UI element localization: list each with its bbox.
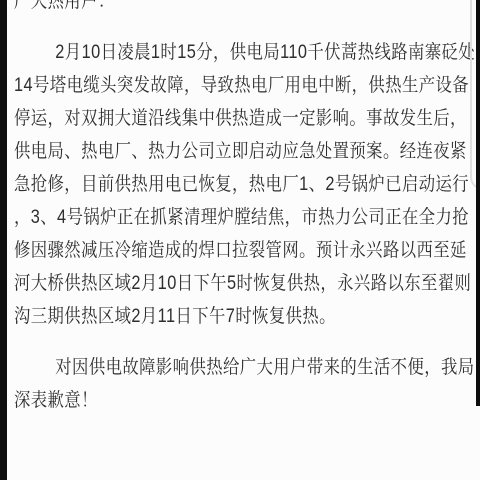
notice-document-view: 广大热用户： 2月10日凌晨1时15分，供电局110千伏蒿热线路南寨砭处14号塔…: [0, 0, 480, 480]
text-line: ，3、4号锅炉正在抓紧清理炉膛结焦，市热力公司正在全力抢: [14, 201, 480, 234]
salutation-line: 广大热用户：: [14, 0, 480, 18]
text-line: 停运，对双拥大道沿线集中供热造成一定影响。事故发生后，: [14, 102, 480, 135]
left-edge-bar: [0, 0, 7, 480]
text-line: 修因骤然减压冷缩造成的焊口拉裂管网。预计永兴路以西至延: [14, 234, 480, 267]
text-line: 14号塔电缆头突发故障，导致热电厂用电中断，供热生产设备: [14, 69, 480, 102]
text-line: 河大桥供热区域2月10日下午5时恢复供热，永兴路以东至翟则: [14, 267, 480, 300]
text-line: 对因供电故障影响供热给广大用户带来的生活不便，我局: [14, 351, 480, 384]
right-edge-bar: [476, 0, 480, 406]
text-line: 供电局、热电厂、热力公司立即启动应急处置预案。经连夜紧: [14, 135, 480, 168]
text-line: 深表歉意！: [14, 384, 480, 417]
text-line: 2月10日凌晨1时15分，供电局110千伏蒿热线路南寨砭处: [14, 36, 480, 69]
text-line: 沟三期供热区域2月11日下午7时恢复供热。: [14, 300, 480, 333]
notice-body: 广大热用户： 2月10日凌晨1时15分，供电局110千伏蒿热线路南寨砭处14号塔…: [14, 0, 480, 417]
text-line: 急抢修，目前供热用电已恢复，热电厂1、2号锅炉已启动运行: [14, 168, 480, 201]
paragraph-incident: 2月10日凌晨1时15分，供电局110千伏蒿热线路南寨砭处14号塔电缆头突发故障…: [14, 36, 480, 333]
paragraph-apology: 对因供电故障影响供热给广大用户带来的生活不便，我局深表歉意！: [14, 351, 480, 417]
